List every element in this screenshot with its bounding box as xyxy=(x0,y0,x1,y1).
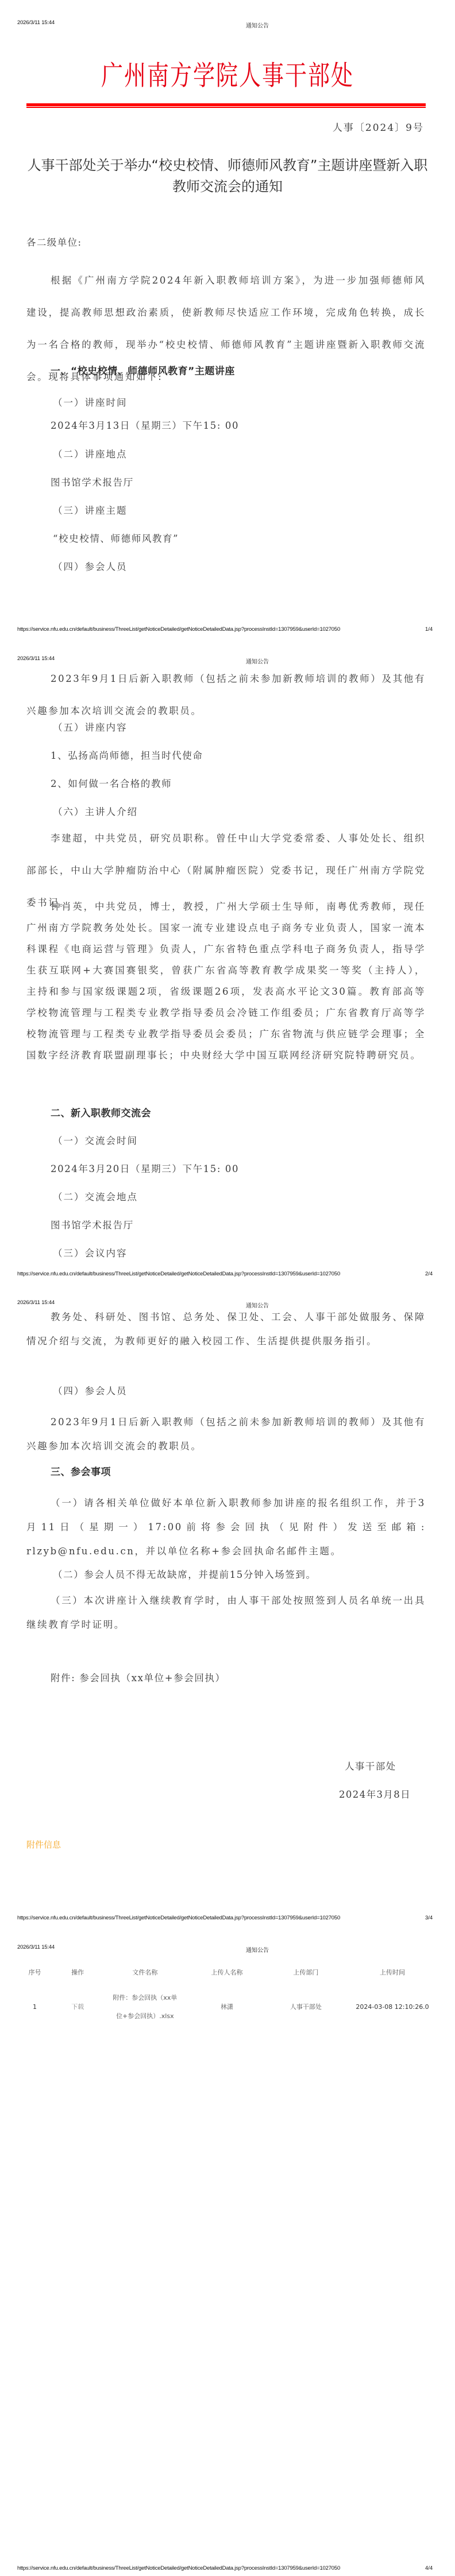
letterhead-divider-thin xyxy=(26,107,426,108)
row-uploader: 林潇 xyxy=(188,1984,265,2030)
section1-heading: 一、“校史校情、师德师风教育”主题讲座 xyxy=(51,363,235,377)
lecture-attendees-value: 2023年9月1日后新入职教师（包括之前未参加新教师培训的教师）及其他有兴趣参加… xyxy=(26,663,426,727)
section3-heading: 三、参会事项 xyxy=(51,1464,111,1478)
row-index: 1 xyxy=(16,1984,53,2030)
document-number: 人事〔2024〕9号 xyxy=(333,119,424,134)
print-url: https://service.nfu.edu.cn/default/busin… xyxy=(17,2565,340,2571)
meeting-content-value: 教务处、科研处、图书馆、总务处、保卫处、工会、人事干部处做服务、保障情况介绍与交… xyxy=(26,1305,426,1353)
lecture-time-label: （一）讲座时间 xyxy=(53,395,128,409)
meeting-time-label: （一）交流会时间 xyxy=(53,1133,138,1147)
meeting-content-label: （三）会议内容 xyxy=(53,1246,128,1259)
signature-dept: 人事干部处 xyxy=(345,1760,396,1773)
lecture-place-label: （二）讲座地点 xyxy=(53,447,128,460)
print-url: https://service.nfu.edu.cn/default/busin… xyxy=(17,1915,340,1921)
print-url: https://service.nfu.edu.cn/default/busin… xyxy=(17,1271,340,1277)
print-page-title: 通知公告 xyxy=(246,1945,269,1954)
lecture-place-value: 图书馆学术报告厅 xyxy=(51,475,134,488)
print-timestamp: 2026/3/11 15:44 xyxy=(17,655,55,662)
meeting-place-label: （二）交流会地点 xyxy=(53,1189,138,1203)
page-number: 3/4 xyxy=(425,1915,433,1921)
meeting-attendees-label: （四）参会人员 xyxy=(53,1383,128,1397)
meeting-time-value: 2024年3月20日（星期三）下午15: 00 xyxy=(51,1161,239,1175)
notes-item-3: （三）本次讲座计入继续教育学时，由人事干部处按照签到人员名单统一出具继续教育学时… xyxy=(26,1589,426,1637)
download-link[interactable]: 下载 xyxy=(71,2003,84,2011)
print-timestamp: 2026/3/11 15:44 xyxy=(17,1944,55,1950)
page-number: 1/4 xyxy=(425,626,433,633)
row-upload-time: 2024-03-08 12:10:26.0 xyxy=(346,1984,439,2030)
print-timestamp: 2026/3/11 15:44 xyxy=(17,20,55,26)
lecture-topic-value: “校史校情、师德师风教育” xyxy=(53,531,179,545)
signature-date: 2024年3月8日 xyxy=(339,1789,411,1801)
salutation: 各二级单位: xyxy=(26,236,82,249)
lecture-content-item-1: 1、弘扬高尚师德，担当时代使命 xyxy=(51,748,203,762)
row-dept: 人事干部处 xyxy=(266,1984,346,2030)
col-action: 操作 xyxy=(53,1960,102,1984)
attachment-note: 附件: 参会回执（xx单位+参会回执） xyxy=(51,1670,226,1684)
lecture-content-item-2: 2、如何做一名合格的教师 xyxy=(51,776,172,790)
letterhead-org: 广州南方学院人事干部处 xyxy=(0,53,455,93)
meeting-attendees-value: 2023年9月1日后新入职教师（包括之前未参加新教师培训的教师）及其他有兴趣参加… xyxy=(26,1410,426,1458)
print-page-title: 通知公告 xyxy=(246,21,269,29)
lecture-attendees-label: （四）参会人员 xyxy=(53,559,128,573)
lecture-topic-label: （三）讲座主题 xyxy=(53,503,128,517)
lecture-time-value: 2024年3月13日（星期三）下午15: 00 xyxy=(51,418,239,432)
speakers-label: （六）主讲人介绍 xyxy=(53,804,138,818)
lecture-content-label: （五）讲座内容 xyxy=(53,720,128,734)
col-uploader: 上传人名称 xyxy=(188,1960,265,1984)
page-number: 4/4 xyxy=(425,2565,433,2571)
file-name-line-2: 位+参会回执）.xlsx xyxy=(102,2007,188,2026)
col-index: 序号 xyxy=(16,1960,53,1984)
letterhead-divider-thick xyxy=(26,103,426,106)
attachment-info-label: 附件信息 xyxy=(26,1838,61,1850)
meeting-place-value: 图书馆学术报告厅 xyxy=(51,1217,134,1231)
col-dept: 上传部门 xyxy=(266,1960,346,1984)
attachments-table: 序号 操作 文件名称 上传人名称 上传部门 上传时间 1 下载 附件：参会回执（… xyxy=(16,1960,439,2030)
col-upload-time: 上传时间 xyxy=(346,1960,439,1984)
notice-title: 人事干部处关于举办“校史校情、师德师风教育”主题讲座暨新入职教师交流会的通知 xyxy=(23,155,432,197)
table-row: 1 下载 附件：参会回执（xx单 位+参会回执）.xlsx 林潇 人事干部处 2… xyxy=(16,1984,439,2030)
notes-item-1: （一）请各相关单位做好本单位新入职教师参加讲座的报名组织工作，并于3月11日（星… xyxy=(26,1491,426,1564)
section2-heading: 二、新入职教师交流会 xyxy=(51,1105,151,1119)
row-file-name: 附件：参会回执（xx单 位+参会回执）.xlsx xyxy=(102,1984,188,2030)
notes-item-2: （二）参会人员不得无故缺席，并提前15分钟入场签到。 xyxy=(53,1567,317,1581)
attachments-header-row: 序号 操作 文件名称 上传人名称 上传部门 上传时间 xyxy=(16,1960,439,1984)
page-number: 2/4 xyxy=(425,1271,433,1277)
file-name-line-1: 附件：参会回执（xx单 xyxy=(102,1989,188,2007)
print-url: https://service.nfu.edu.cn/default/busin… xyxy=(17,626,340,633)
speaker-bio-2: 钟肖英，中共党员，博士，教授，广州大学硕士生导师，南粤优秀教师，现任广州南方学院… xyxy=(26,896,426,1066)
col-file-name: 文件名称 xyxy=(102,1960,188,1984)
